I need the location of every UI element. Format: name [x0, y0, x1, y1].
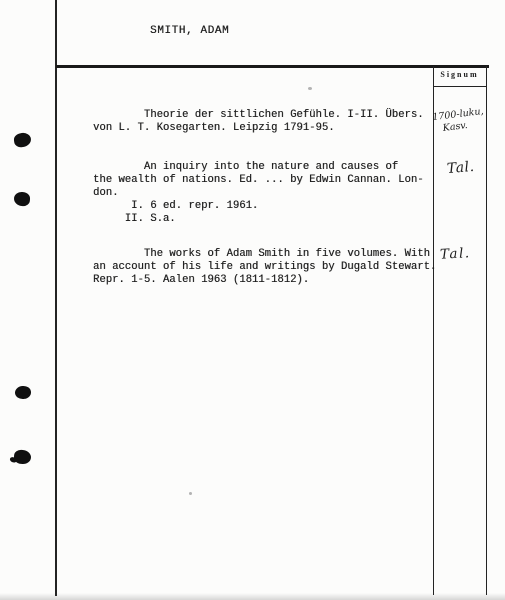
entry-theorie-der-sittlichen-gefuhle: Theorie der sittlichen Gefühle. I-II. Üb… [93, 109, 424, 135]
signum-column-label: Signum [433, 70, 486, 79]
handwritten-signum-entry-3: Tal. [440, 245, 471, 263]
catalog-card-scan: SMITH, ADAM Signum Theorie der sittliche… [0, 0, 505, 600]
signum-column-left-border [433, 66, 434, 595]
entry-wealth-of-nations: An inquiry into the nature and causes of… [93, 161, 424, 226]
signum-column-right-border [486, 66, 488, 595]
binder-hole-mark [13, 132, 32, 148]
binder-hole-mark [14, 449, 32, 464]
handwritten-signum-entry-2: Tal. [446, 159, 475, 177]
header-rule [56, 65, 489, 68]
entry-works-of-adam-smith: The works of Adam Smith in five volumes.… [93, 248, 436, 287]
signum-header-underline [433, 86, 486, 87]
handwritten-signum-entry-1: 1700-luku,Kasv. [432, 106, 486, 135]
binder-hole-mark [13, 191, 30, 206]
binder-hole-mark [14, 385, 31, 400]
left-margin-rule [55, 0, 57, 596]
scan-speck [189, 492, 192, 495]
scan-speck [308, 87, 312, 90]
scan-bottom-shadow [0, 593, 505, 600]
card-heading: SMITH, ADAM [150, 25, 229, 37]
